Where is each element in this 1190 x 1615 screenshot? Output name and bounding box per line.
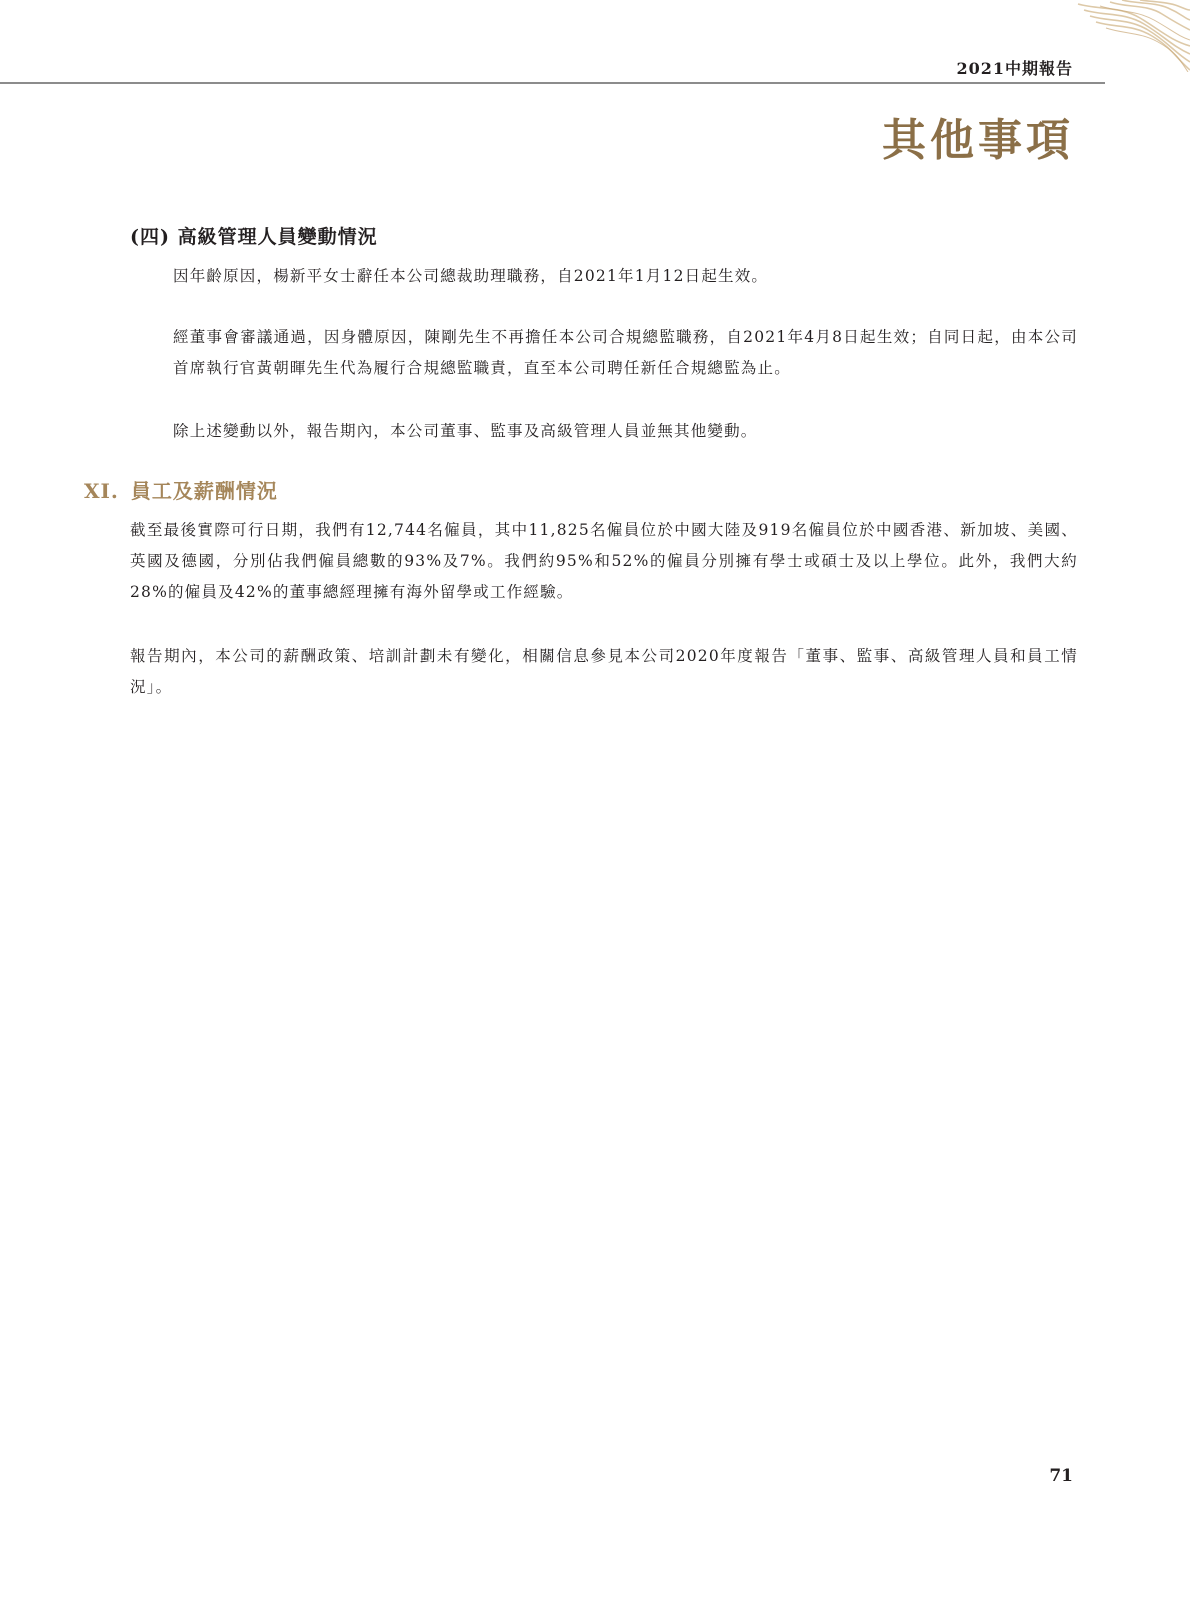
paragraph-compliance-officer: 經董事會審議通過，因身體原因，陳剛先生不再擔任本公司合規總監職務，自2021年4…: [173, 322, 1078, 384]
paragraph-compensation: 報告期內，本公司的薪酬政策、培訓計劃未有變化，相關信息參見本公司2020年度報告…: [130, 641, 1078, 703]
paragraph-employees: 截至最後實際可行日期，我們有12,744名僱員，其中11,825名僱員位於中國大…: [130, 515, 1078, 608]
section-title: 員工及薪酬情況: [131, 479, 278, 503]
header-divider: [0, 82, 1105, 84]
section-heading: XI.員工及薪酬情況: [84, 475, 278, 504]
paragraph-resignation: 因年齡原因，楊新平女士辭任本公司總裁助理職務，自2021年1月12日起生效。: [173, 261, 768, 292]
paragraph-no-other-changes: 除上述變動以外，報告期內，本公司董事、監事及高級管理人員並無其他變動。: [173, 416, 758, 447]
subsection-heading: (四) 高級管理人員變動情況: [130, 222, 378, 249]
page-number: 71: [1049, 1466, 1073, 1486]
gold-wave-pattern-icon: [1070, 0, 1190, 72]
section-number: XI.: [84, 479, 119, 503]
report-label: 2021中期報告: [956, 56, 1073, 79]
page-title: 其他事項: [882, 104, 1074, 168]
